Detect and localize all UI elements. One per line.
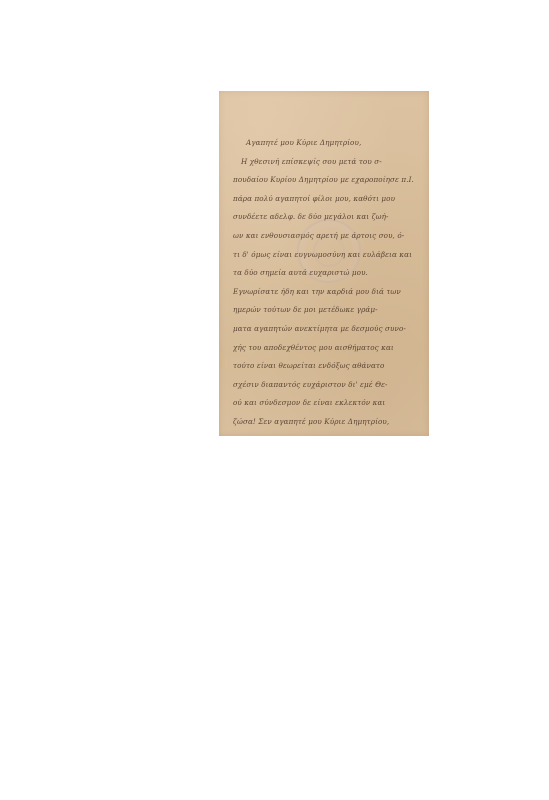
letter-line: ματα αγαπητών ανεκτίμητα με δεσμούς συνο… <box>233 320 423 339</box>
letter-line: ζώσα! Σεν αγαπητέ μου Κύριε Δημητρίου, <box>233 413 423 432</box>
handwritten-text: Αγαπητέ μου Κύριε Δημητρίου, Η χθεσινή ε… <box>233 134 423 436</box>
letter-line: ού και σύνδεσμον δε είναι εκλεκτόν και <box>233 394 423 413</box>
letter-line: μη με εγκαταλείπετε διά της καρδίας του <box>233 432 423 437</box>
letter-line: ων και ενθουσιασμός αρετή με άρτοις σου,… <box>233 227 423 246</box>
page-canvas: Αγαπητέ μου Κύριε Δημητρίου, Η χθεσινή ε… <box>0 0 549 800</box>
letter-line: Η χθεσινή επίσκεψίς σου μετά του σ- <box>233 153 423 172</box>
letter-line: πάρα πολύ αγαπητοί φίλοι μου, καθότι μου <box>233 190 423 209</box>
letter-line: σχέσιν διαπαντός ευχάριστον δι' εμέ Θε- <box>233 376 423 395</box>
letter-sheet: Αγαπητέ μου Κύριε Δημητρίου, Η χθεσινή ε… <box>219 91 429 436</box>
letter-line: Εγνωρίσατε ήδη και την καρδιά μου διά τω… <box>233 283 423 302</box>
letter-line: τι δ' όμως είναι ευγνωμοσύνη και ευλάβει… <box>233 246 423 265</box>
letter-salutation: Αγαπητέ μου Κύριε Δημητρίου, <box>233 134 423 153</box>
letter-line: χής του αποδεχθέντος μου αισθήματος και <box>233 339 423 358</box>
letter-line: πουδαίου Κυρίου Δημητρίου με εχαροποίησε… <box>233 171 423 190</box>
letter-line: τούτο είναι θεωρείται ενδόξως αθάνατο <box>233 357 423 376</box>
letter-line: συνδέετε αδελφ. δε δύο μεγάλοι και ζωή- <box>233 208 423 227</box>
letter-line: ημερών τούτων δε μοι μετέδωκε γράμ- <box>233 301 423 320</box>
letter-line: τα δύο σημεία αυτά ευχαριστώ μου. <box>233 264 423 283</box>
